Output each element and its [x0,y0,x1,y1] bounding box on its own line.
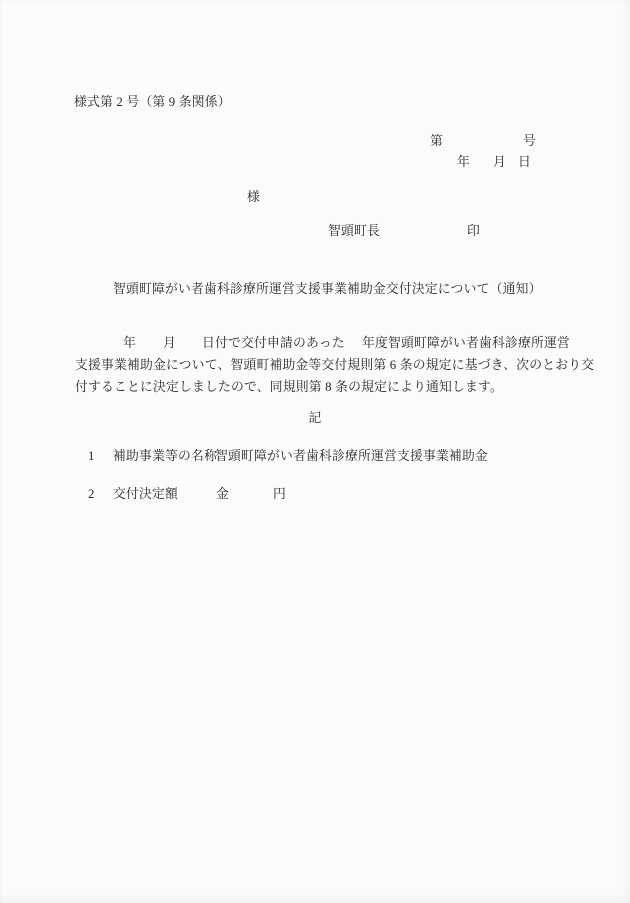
recipient-honorific: 様 [247,190,260,205]
item2-amount-prefix: 金 [216,487,229,502]
body-line1-year: 年 [123,336,136,351]
item2-label: 交付決定額 [113,487,178,502]
body-line1-month: 月 [163,336,176,351]
item1-value: 智頭町障がい者歯科診療所運営支援事業補助金 [215,449,488,464]
document-page: 様式第 2 号（第 9 条関係） 第 号 年 月 日 様 智頭町長 印 智頭町障… [0,0,630,903]
seal-mark: 印 [467,224,480,239]
body-line1-applied: 日付で交付申請のあった [202,336,345,351]
date-day-label: 日 [518,155,531,170]
form-number: 様式第 2 号（第 9 条関係） [74,95,231,110]
item2-amount-suffix: 円 [273,487,286,502]
document-title: 智頭町障がい者歯科診療所運営支援事業補助金交付決定について（通知） [113,282,542,297]
item2-number: 2 [88,487,95,502]
body-line3: 付することに決定しましたので、同規則第 8 条の規定により通知します。 [75,380,503,395]
item1-label: 補助事業等の名称 [113,449,217,464]
doc-number-prefix: 第 [430,134,443,149]
record-marker: 記 [0,411,630,426]
body-line1-rest: 年度智頭町障がい者歯科診療所運営 [362,336,570,351]
signer-title: 智頭町長 [328,224,380,239]
date-month-label: 月 [493,155,506,170]
item1-number: 1 [88,449,95,464]
doc-number-suffix: 号 [523,134,536,149]
date-year-label: 年 [457,155,470,170]
body-line2: 支援事業補助金について、智頭町補助金等交付規則第 6 条の規定に基づき、次のとお… [75,358,594,373]
